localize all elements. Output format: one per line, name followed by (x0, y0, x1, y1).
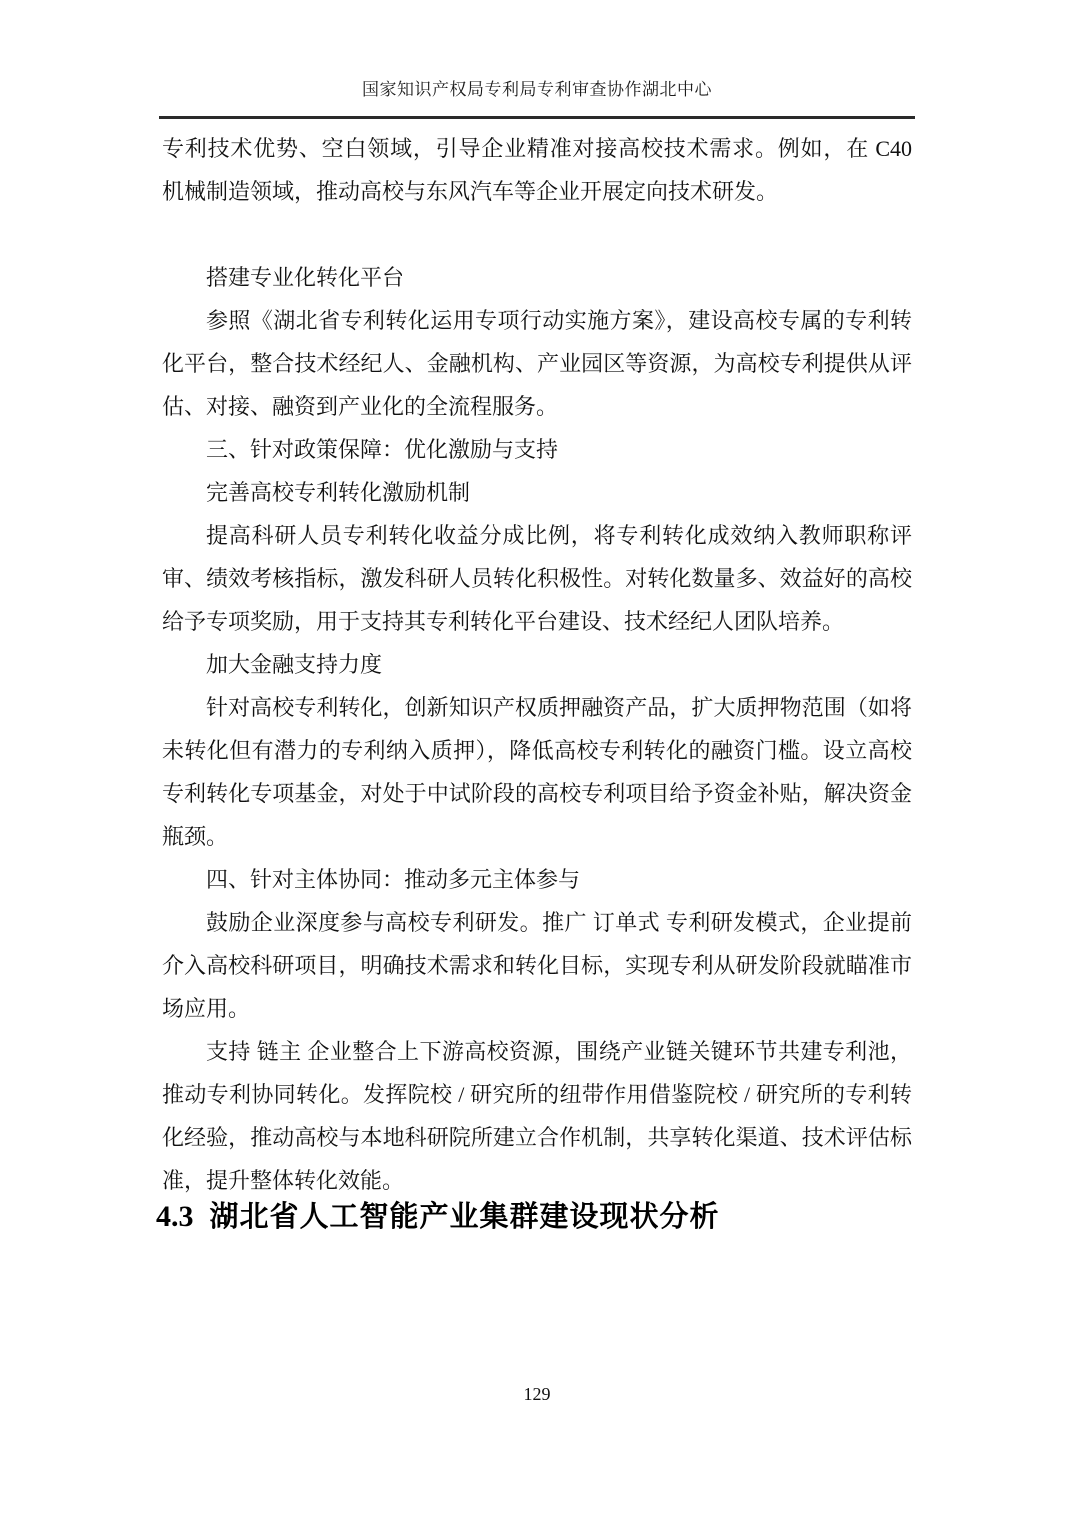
body-paragraph: 参照《湖北省专利转化运用专项行动实施方案》，建设高校专属的专利转化平台，整合技术… (162, 299, 912, 428)
body-paragraph: 加大金融支持力度 (162, 643, 912, 686)
section-heading-title: 湖北省人工智能产业集群建设现状分析 (210, 1201, 720, 1233)
body-paragraph: 三、针对政策保障：优化激励与支持 (162, 428, 912, 471)
body-paragraph: 针对高校专利转化，创新知识产权质押融资产品，扩大质押物范围（如将未转化但有潜力的… (162, 686, 912, 858)
body-paragraph: 提高科研人员专利转化收益分成比例，将专利转化成效纳入教师职称评审、绩效考核指标，… (162, 514, 912, 643)
document-page: 国家知识产权局专利局专利审查协作湖北中心 专利技术优势、空白领域，引导企业精准对… (0, 0, 1074, 1520)
body-paragraph: 完善高校专利转化激励机制 (162, 471, 912, 514)
body-paragraph: 搭建专业化转化平台 (162, 256, 912, 299)
page-footer: 129 (0, 1384, 1074, 1405)
body-paragraph: 四、针对主体协同：推动多元主体参与 (162, 858, 912, 901)
body-paragraph: 专利技术优势、空白领域，引导企业精准对接高校技术需求。例如，在 C40 机械制造… (162, 127, 912, 213)
body-paragraph: 支持 链主 企业整合上下游高校资源，围绕产业链关键环节共建专利池，推动专利协同转… (162, 1030, 912, 1202)
page-header-text: 国家知识产权局专利局专利审查协作湖北中心 (160, 78, 914, 102)
section-heading-number: 4.3 (156, 1200, 194, 1233)
section-heading: 4.3湖北省人工智能产业集群建设现状分析 (156, 1194, 916, 1235)
body-paragraph: 鼓励企业深度参与高校专利研发。推广 订单式 专利研发模式，企业提前介入高校科研项… (162, 901, 912, 1030)
document-body: 专利技术优势、空白领域，引导企业精准对接高校技术需求。例如，在 C40 机械制造… (162, 127, 912, 1202)
header-rule (159, 116, 915, 119)
page-number: 129 (524, 1384, 551, 1404)
